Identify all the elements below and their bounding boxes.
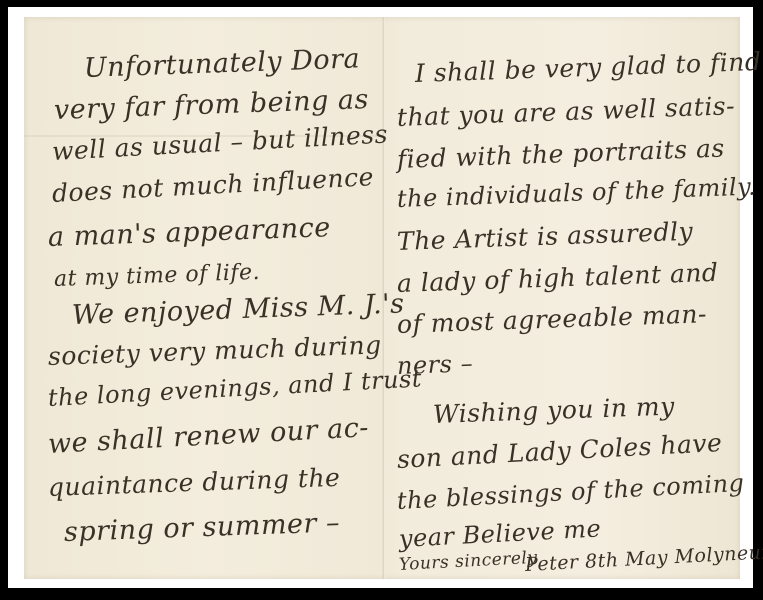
text-line: the long evenings, and I trust [47,364,422,412]
right-page: I shall be very glad to find that you ar… [385,17,740,579]
text-line: very far from being as [53,84,369,126]
text-line: at my time of life. [54,260,261,292]
text-line: son and Lady Coles have [396,428,723,474]
left-page: Unfortunately Dora very far from being a… [24,17,382,579]
text-line: I shall be very glad to find [414,47,761,88]
text-line: quaintance during the [47,463,340,502]
text-line: well as usual – but illness [51,119,388,166]
text-line: the blessings of the coming [396,469,745,515]
text-line: fied with the portraits as [396,134,725,174]
text-line: of most agreeable man- [396,299,707,339]
text-line: Unfortunately Dora [83,43,360,84]
text-line: spring or summer – [63,507,340,548]
letter-paper: Unfortunately Dora very far from being a… [24,17,740,579]
text-line: Wishing you in my [432,392,675,429]
text-line: year Believe me [398,514,602,553]
text-line: that you are as well satis- [396,91,735,132]
text-line: society very much during [47,330,382,371]
text-line: The Artist is assuredly [396,217,693,256]
text-line: We enjoyed Miss M. J.'s [71,288,405,331]
text-line: we shall renew our ac- [47,412,369,460]
text-line: ners – [397,349,474,380]
text-line: does not much influence [51,162,374,208]
text-line: the individuals of the family. [397,172,757,213]
text-line: a lady of high talent and [396,258,718,298]
text-line: a man's appearance [47,212,331,253]
signature: Peter 8th May Molyneux [524,541,763,576]
